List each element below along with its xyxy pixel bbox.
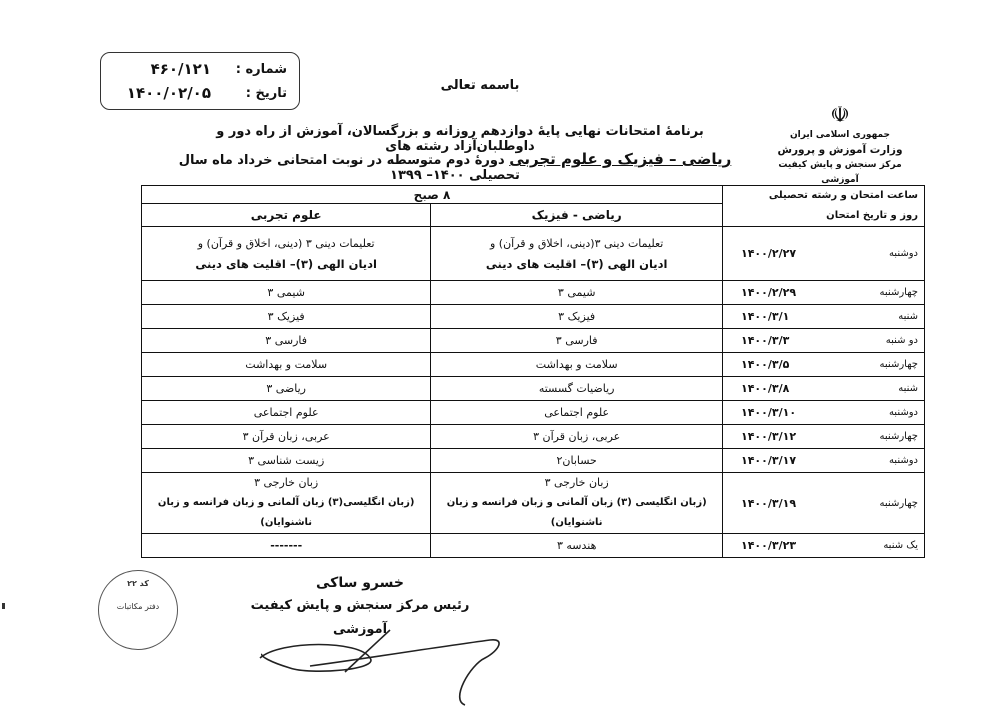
- corner-top-label: ساعت امتحان و رشته تحصیلی: [729, 186, 918, 206]
- experimental-sciences-subject: عربی، زبان قرآن ۳: [142, 425, 431, 449]
- subject-line-1: تعلیمات دینی ۳ (دینی، اخلاق و قرآن) و: [148, 234, 424, 254]
- exam-date: ۱۴۰۰/۳/۱۷: [729, 454, 796, 467]
- column-header-experimental-sciences: علوم تجربی: [142, 204, 431, 227]
- math-physics-subject: شیمی ۳: [431, 281, 723, 305]
- org-line-2: وزارت آموزش و پرورش: [760, 143, 920, 158]
- experimental-sciences-subject: -------: [142, 534, 431, 558]
- day-date-cell: شنبه۱۴۰۰/۳/۱: [723, 305, 925, 329]
- math-physics-subject: ریاضیات گسسته: [431, 377, 723, 401]
- subject-line-2: (زبان انگلیسی(۳) زبان آلمانی و زبان فران…: [148, 493, 424, 533]
- table-row: چهارشنبه۱۴۰۰/۳/۱۹ زبان خارجی ۳(زبان انگل…: [142, 473, 925, 534]
- table-row: چهارشنبه۱۴۰۰/۳/۱۲ عربی، زبان قرآن ۳ عربی…: [142, 425, 925, 449]
- exam-date: ۱۴۰۰/۳/۱۰: [729, 406, 796, 419]
- subject-line-1: زبان خارجی ۳: [437, 473, 716, 493]
- column-header-math-physics: ریاضی - فیزیک: [431, 204, 723, 227]
- corner-header-cell: ساعت امتحان و رشته تحصیلی روز و تاریخ ام…: [723, 186, 925, 227]
- iran-emblem-icon: ☫: [760, 104, 920, 128]
- experimental-sciences-subject: شیمی ۳: [142, 281, 431, 305]
- scan-mark: [2, 603, 5, 609]
- exam-date: ۱۴۰۰/۳/۱: [729, 310, 789, 323]
- table-header-row: ساعت امتحان و رشته تحصیلی روز و تاریخ ام…: [142, 186, 925, 204]
- math-physics-subject: فارسی ۳: [431, 329, 723, 353]
- day-name: دوشنبه: [889, 407, 918, 418]
- handwritten-signature-icon: [250, 610, 510, 710]
- math-physics-subject: عربی، زبان قرآن ۳: [431, 425, 723, 449]
- title-line-2-rest: دورهٔ دوم متوسطه در نوبت امتحانی خرداد م…: [179, 153, 520, 183]
- experimental-sciences-subject: زیست شناسی ۳: [142, 449, 431, 473]
- exam-date: ۱۴۰۰/۳/۵: [729, 358, 789, 371]
- exam-date: ۱۴۰۰/۳/۱۲: [729, 430, 796, 443]
- title-fields-underlined: ریاضی – فیزیک و علوم تجربی: [509, 150, 731, 168]
- table-row: شنبه۱۴۰۰/۳/۱ فیزیک ۳ فیزیک ۳: [142, 305, 925, 329]
- time-header: ۸ صبح: [142, 186, 723, 204]
- day-name: یک شنبه: [883, 540, 918, 551]
- reference-number-value: ۴۶۰/۱۲۱: [151, 60, 211, 78]
- exam-date: ۱۴۰۰/۳/۱۹: [729, 497, 796, 510]
- reference-number-label: شماره :: [233, 62, 287, 77]
- exam-schedule-table: ساعت امتحان و رشته تحصیلی روز و تاریخ ام…: [141, 185, 925, 558]
- exam-date: ۱۴۰۰/۲/۲۷: [729, 247, 796, 260]
- day-date-cell: یک شنبه۱۴۰۰/۳/۲۳: [723, 534, 925, 558]
- day-name: دو شنبه: [886, 335, 918, 346]
- experimental-sciences-subject: سلامت و بهداشت: [142, 353, 431, 377]
- math-physics-subject: حسابان۲: [431, 449, 723, 473]
- day-date-cell: دوشنبه۱۴۰۰/۳/۱۷: [723, 449, 925, 473]
- day-name: چهارشنبه: [880, 498, 918, 509]
- stamp-text: دفتر مکاتبات: [99, 602, 177, 611]
- math-physics-subject: علوم اجتماعی: [431, 401, 723, 425]
- day-name: شنبه: [898, 383, 918, 394]
- day-name: دوشنبه: [889, 248, 918, 259]
- experimental-sciences-subject: فیزیک ۳: [142, 305, 431, 329]
- table-row: یک شنبه۱۴۰۰/۳/۲۳ هندسه ۳ -------: [142, 534, 925, 558]
- org-line-3: مرکز سنجش و پایش کیفیت آموزشی: [760, 158, 920, 188]
- table-row: چهارشنبه۱۴۰۰/۳/۵ سلامت و بهداشت سلامت و …: [142, 353, 925, 377]
- org-line-1: جمهوری اسلامی ایران: [760, 128, 920, 143]
- subject-line-2: (زبان انگلیسی (۳) زبان آلمانی و زبان فرا…: [437, 493, 716, 533]
- math-physics-subject: سلامت و بهداشت: [431, 353, 723, 377]
- day-date-cell: چهارشنبه۱۴۰۰/۳/۱۹: [723, 473, 925, 534]
- table-row: دوشنبه۱۴۰۰/۲/۲۷ تعلیمات دینی ۳(دینی، اخل…: [142, 227, 925, 281]
- bismillah-heading: باسمه تعالی: [0, 78, 1000, 93]
- day-name: دوشنبه: [889, 455, 918, 466]
- subject-line-2: ادیان الهی (۳)– اقلیت های دینی: [437, 254, 716, 274]
- subject-line-1: تعلیمات دینی ۳(دینی، اخلاق و قرآن) و: [437, 234, 716, 254]
- experimental-sciences-subject: ریاضی ۳: [142, 377, 431, 401]
- table-row: دوشنبه۱۴۰۰/۳/۱۷ حسابان۲ زیست شناسی ۳: [142, 449, 925, 473]
- day-name: چهارشنبه: [880, 287, 918, 298]
- day-date-cell: دوشنبه۱۴۰۰/۳/۱۰: [723, 401, 925, 425]
- day-name: چهارشنبه: [880, 359, 918, 370]
- exam-date: ۱۴۰۰/۳/۲۳: [729, 539, 796, 552]
- table-row: شنبه۱۴۰۰/۳/۸ ریاضیات گسسته ریاضی ۳: [142, 377, 925, 401]
- organization-block: ☫ جمهوری اسلامی ایران وزارت آموزش و پرور…: [760, 104, 920, 188]
- table-row: دوشنبه۱۴۰۰/۳/۱۰ علوم اجتماعی علوم اجتماع…: [142, 401, 925, 425]
- corner-bottom-label: روز و تاریخ امتحان: [729, 206, 918, 226]
- stamp-code: کد ۲۲: [99, 579, 177, 588]
- day-date-cell: چهارشنبه۱۴۰۰/۳/۵: [723, 353, 925, 377]
- exam-date: ۱۴۰۰/۳/۸: [729, 382, 789, 395]
- table-row: چهارشنبه۱۴۰۰/۲/۲۹ شیمی ۳ شیمی ۳: [142, 281, 925, 305]
- day-name: چهارشنبه: [880, 431, 918, 442]
- math-physics-subject: زبان خارجی ۳(زبان انگلیسی (۳) زبان آلمان…: [431, 473, 723, 534]
- exam-date: ۱۴۰۰/۲/۲۹: [729, 286, 796, 299]
- document-title-line-2: ریاضی – فیزیک و علوم تجربی دورهٔ دوم متو…: [155, 150, 755, 183]
- day-date-cell: چهارشنبه۱۴۰۰/۲/۲۹: [723, 281, 925, 305]
- signatory-name: خسرو ساکی: [250, 572, 470, 594]
- math-physics-subject: فیزیک ۳: [431, 305, 723, 329]
- day-date-cell: شنبه۱۴۰۰/۳/۸: [723, 377, 925, 401]
- day-date-cell: دوشنبه۱۴۰۰/۲/۲۷: [723, 227, 925, 281]
- subject-line-1: زبان خارجی ۳: [148, 473, 424, 493]
- math-physics-subject: تعلیمات دینی ۳(دینی، اخلاق و قرآن) وادیا…: [431, 227, 723, 281]
- experimental-sciences-subject: تعلیمات دینی ۳ (دینی، اخلاق و قرآن) وادی…: [142, 227, 431, 281]
- day-name: شنبه: [898, 311, 918, 322]
- day-date-cell: دو شنبه۱۴۰۰/۳/۳: [723, 329, 925, 353]
- experimental-sciences-subject: علوم اجتماعی: [142, 401, 431, 425]
- table-row: دو شنبه۱۴۰۰/۳/۳ فارسی ۳ فارسی ۳: [142, 329, 925, 353]
- math-physics-subject: هندسه ۳: [431, 534, 723, 558]
- subject-line-2: ادیان الهی (۳)– اقلیت های دینی: [148, 254, 424, 274]
- exam-date: ۱۴۰۰/۳/۳: [729, 334, 789, 347]
- day-date-cell: چهارشنبه۱۴۰۰/۳/۱۲: [723, 425, 925, 449]
- experimental-sciences-subject: فارسی ۳: [142, 329, 431, 353]
- experimental-sciences-subject: زبان خارجی ۳(زبان انگلیسی(۳) زبان آلمانی…: [142, 473, 431, 534]
- official-stamp: کد ۲۲ دفتر مکاتبات: [98, 570, 178, 650]
